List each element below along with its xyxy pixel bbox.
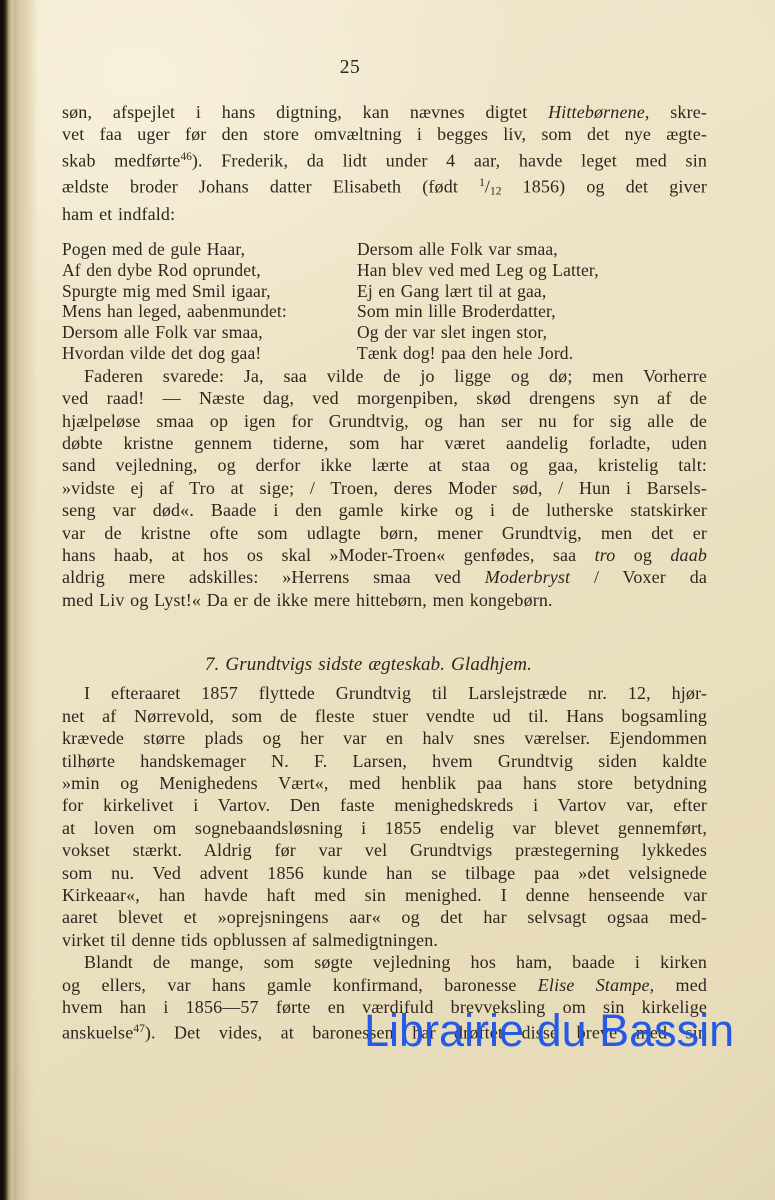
poem-column-right: Dersom alle Folk var smaa,Han blev ved m… <box>357 239 707 364</box>
book-photo: 25 søn, afspejlet i hans digtning, kan n… <box>0 0 775 1200</box>
poem-line: Og der var slet ingen stor, <box>357 322 707 343</box>
text-line: at loven om sognebaandsløsning i 1855 en… <box>62 817 707 839</box>
text-line: vet faa uger før den store omvæltning i … <box>62 123 707 145</box>
text-line: skab medførte46). Frederik, da lidt unde… <box>62 146 707 172</box>
text-line: ved raad! — Næste dag, ved morgenpiben, … <box>62 387 707 409</box>
page-text: søn, afspejlet i hans digtning, kan nævn… <box>62 101 707 1044</box>
italic-text: daab <box>670 545 707 565</box>
text-line: tilhørte handskemager N. F. Larsen, hvem… <box>62 750 707 772</box>
poem-line: Han blev ved med Leg og Latter, <box>357 260 707 281</box>
text-line: søn, afspejlet i hans digtning, kan nævn… <box>62 101 707 123</box>
text-line: ældste broder Johans datter Elisabeth (f… <box>62 172 707 203</box>
paragraph: søn, afspejlet i hans digtning, kan nævn… <box>62 101 707 225</box>
text-segment: / Voxer da <box>570 567 707 587</box>
footnote-ref: 46 <box>180 151 192 163</box>
poem-line: Som min lille Broderdatter, <box>357 301 707 322</box>
text-line: for kirkelivet i Vartov. Den faste menig… <box>62 794 707 816</box>
text-line: ham et indfald: <box>62 203 707 225</box>
text-line: seng var død«. Baade i den gamle kirke o… <box>62 499 707 521</box>
text-segment: skab medførte <box>62 150 180 170</box>
italic-text: Elise Stampe, <box>538 975 655 995</box>
text-line: »min og Menighedens Vært«, med henblik p… <box>62 772 707 794</box>
text-line: »vidste ej af Tro at sige; / Troen, dere… <box>62 477 707 499</box>
footnote-ref: 12 <box>490 185 502 197</box>
footnote-ref: 47 <box>133 1023 145 1035</box>
text-segment: 1856) og det giver <box>501 176 707 196</box>
text-line: krævede større plads og her var en halv … <box>62 727 707 749</box>
text-line: Kirkeaar«, han havde haft med sin menigh… <box>62 884 707 906</box>
poem-line: Mens han leged, aabenmundet: <box>62 301 357 322</box>
text-line: og ellers, var hans gamle konfirmand, ba… <box>62 974 707 996</box>
text-segment: hans haab, at hos os skal »Moder-Troen« … <box>62 545 595 565</box>
text-line: hjælpeløse smaa op igen for Grundtvig, o… <box>62 410 707 432</box>
poem-line: Af den dybe Rod oprundet, <box>62 260 357 281</box>
poem-line: Tænk dog! paa den hele Jord. <box>357 343 707 364</box>
text-line: vokset stærkt. Aldrig før var vel Grundt… <box>62 839 707 861</box>
poem-line: Ej en Gang lært til at gaa, <box>357 281 707 302</box>
text-segment: skre- <box>650 102 707 122</box>
text-segment: og <box>615 545 670 565</box>
poem-line: Hvordan vilde det dog gaa! <box>62 343 357 364</box>
text-line: I efteraaret 1857 flyttede Grundtvig til… <box>62 682 707 704</box>
paragraph: Faderen svarede: Ja, saa vilde de jo lig… <box>62 365 707 611</box>
text-line: var de kristne ofte som udlagte børn, me… <box>62 522 707 544</box>
text-line: med Liv og Lyst!« Da er de ikke mere hit… <box>62 589 707 611</box>
italic-text: Hittebørnene, <box>548 102 649 122</box>
text-line: døbte kristne gennem tiderne, som har væ… <box>62 432 707 454</box>
text-line: Faderen svarede: Ja, saa vilde de jo lig… <box>62 365 707 387</box>
text-line: aldrig mere adskilles: »Herrens smaa ved… <box>62 566 707 588</box>
text-segment: med <box>654 975 707 995</box>
italic-text: tro <box>595 545 616 565</box>
poem-line: Pogen med de gule Haar, <box>62 239 357 260</box>
text-line: aaret blevet et »oprejsningens aar« og d… <box>62 906 707 928</box>
watermark: Librairie du Bassin <box>364 1005 734 1057</box>
text-line: som nu. Ved advent 1856 kunde han se til… <box>62 862 707 884</box>
page-edge-right <box>750 0 775 1200</box>
poem-column-left: Pogen med de gule Haar,Af den dybe Rod o… <box>62 239 357 364</box>
poem-line: Dersom alle Folk var smaa, <box>357 239 707 260</box>
italic-text: Moderbryst <box>485 567 571 587</box>
text-segment: ). Frederik, da lidt under 4 aar, havde … <box>192 150 707 170</box>
text-line: net af Nørrevold, som de fleste stuer ve… <box>62 705 707 727</box>
text-segment: og ellers, var hans gamle konfirmand, ba… <box>62 975 538 995</box>
text-line: Blandt de mange, som søgte vejledning ho… <box>62 951 707 973</box>
text-segment: aldrig mere adskilles: »Herrens smaa ved <box>62 567 485 587</box>
poem-line: Spurgte mig med Smil igaar, <box>62 281 357 302</box>
section-heading: 7. Grundtvigs sidste ægteskab. Gladhjem. <box>46 653 691 677</box>
text-line: virket til denne tids opblussen af salme… <box>62 929 707 951</box>
paragraph: I efteraaret 1857 flyttede Grundtvig til… <box>62 682 707 951</box>
page-number: 25 <box>300 57 400 79</box>
poem: Pogen med de gule Haar,Af den dybe Rod o… <box>62 239 707 364</box>
text-segment: ældste broder Johans datter Elisabeth (f… <box>62 176 479 196</box>
book-spine-shadow <box>0 0 38 1200</box>
poem-line: Dersom alle Folk var smaa, <box>62 322 357 343</box>
text-line: sand vejledning, og derfor ikke lærte at… <box>62 454 707 476</box>
text-line: hans haab, at hos os skal »Moder-Troen« … <box>62 544 707 566</box>
text-segment: anskuelse <box>62 1023 133 1043</box>
text-segment: søn, afspejlet i hans digtning, kan nævn… <box>62 102 548 122</box>
